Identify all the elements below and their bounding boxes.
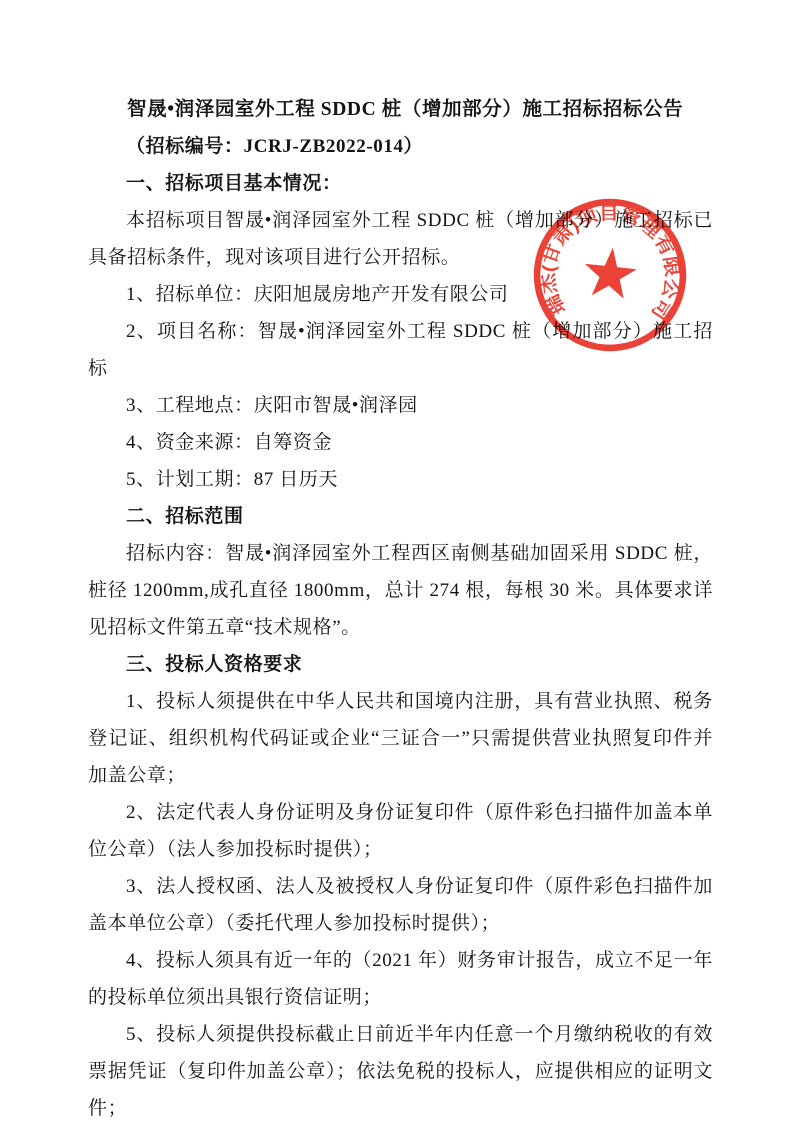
document-title: 智晟•润泽园室外工程 SDDC 桩（增加部分）施工招标招标公告 xyxy=(88,91,713,128)
qualification-item-3: 3、法人授权函、法人及被授权人身份证复印件（原件彩色扫描件加盖本单位公章）（委托… xyxy=(88,868,713,942)
basic-info-item-unit: 1、招标单位：庆阳旭晟房地产开发有限公司 xyxy=(88,276,713,313)
qualification-item-4: 4、投标人须具有近一年的（2021 年）财务审计报告，成立不足一年的投标单位须出… xyxy=(88,942,713,1016)
section-3-heading: 三、投标人资格要求 xyxy=(88,646,713,683)
qualification-item-5: 5、投标人须提供投标截止日前近半年内任意一个月缴纳税收的有效票据凭证（复印件加盖… xyxy=(88,1016,713,1122)
basic-info-item-project-name: 2、项目名称：智晟•润泽园室外工程 SDDC 桩（增加部分）施工招标 xyxy=(88,313,713,387)
document-page: 智晟•润泽园室外工程 SDDC 桩（增加部分）施工招标招标公告 （招标编号：JC… xyxy=(0,0,793,1122)
basic-info-item-duration: 5、计划工期：87 日历天 xyxy=(88,461,713,498)
section-1-intro: 本招标项目智晟•润泽园室外工程 SDDC 桩（增加部分）施工招标已具备招标条件，… xyxy=(88,202,713,276)
section-2-body: 招标内容：智晟•润泽园室外工程西区南侧基础加固采用 SDDC 桩，桩径 1200… xyxy=(88,535,713,646)
section-1-heading: 一、招标项目基本情况： xyxy=(88,165,713,202)
qualification-item-2: 2、法定代表人身份证明及身份证复印件（原件彩色扫描件加盖本单位公章）（法人参加投… xyxy=(88,794,713,868)
qualification-item-1: 1、投标人须提供在中华人民共和国境内注册，具有营业执照、税务登记证、组织机构代码… xyxy=(88,683,713,794)
section-2-heading: 二、招标范围 xyxy=(88,498,713,535)
tender-number: （招标编号：JCRJ-ZB2022-014） xyxy=(88,128,713,165)
basic-info-item-funding: 4、资金来源：自筹资金 xyxy=(88,424,713,461)
basic-info-item-location: 3、工程地点：庆阳市智晟•润泽园 xyxy=(88,387,713,424)
